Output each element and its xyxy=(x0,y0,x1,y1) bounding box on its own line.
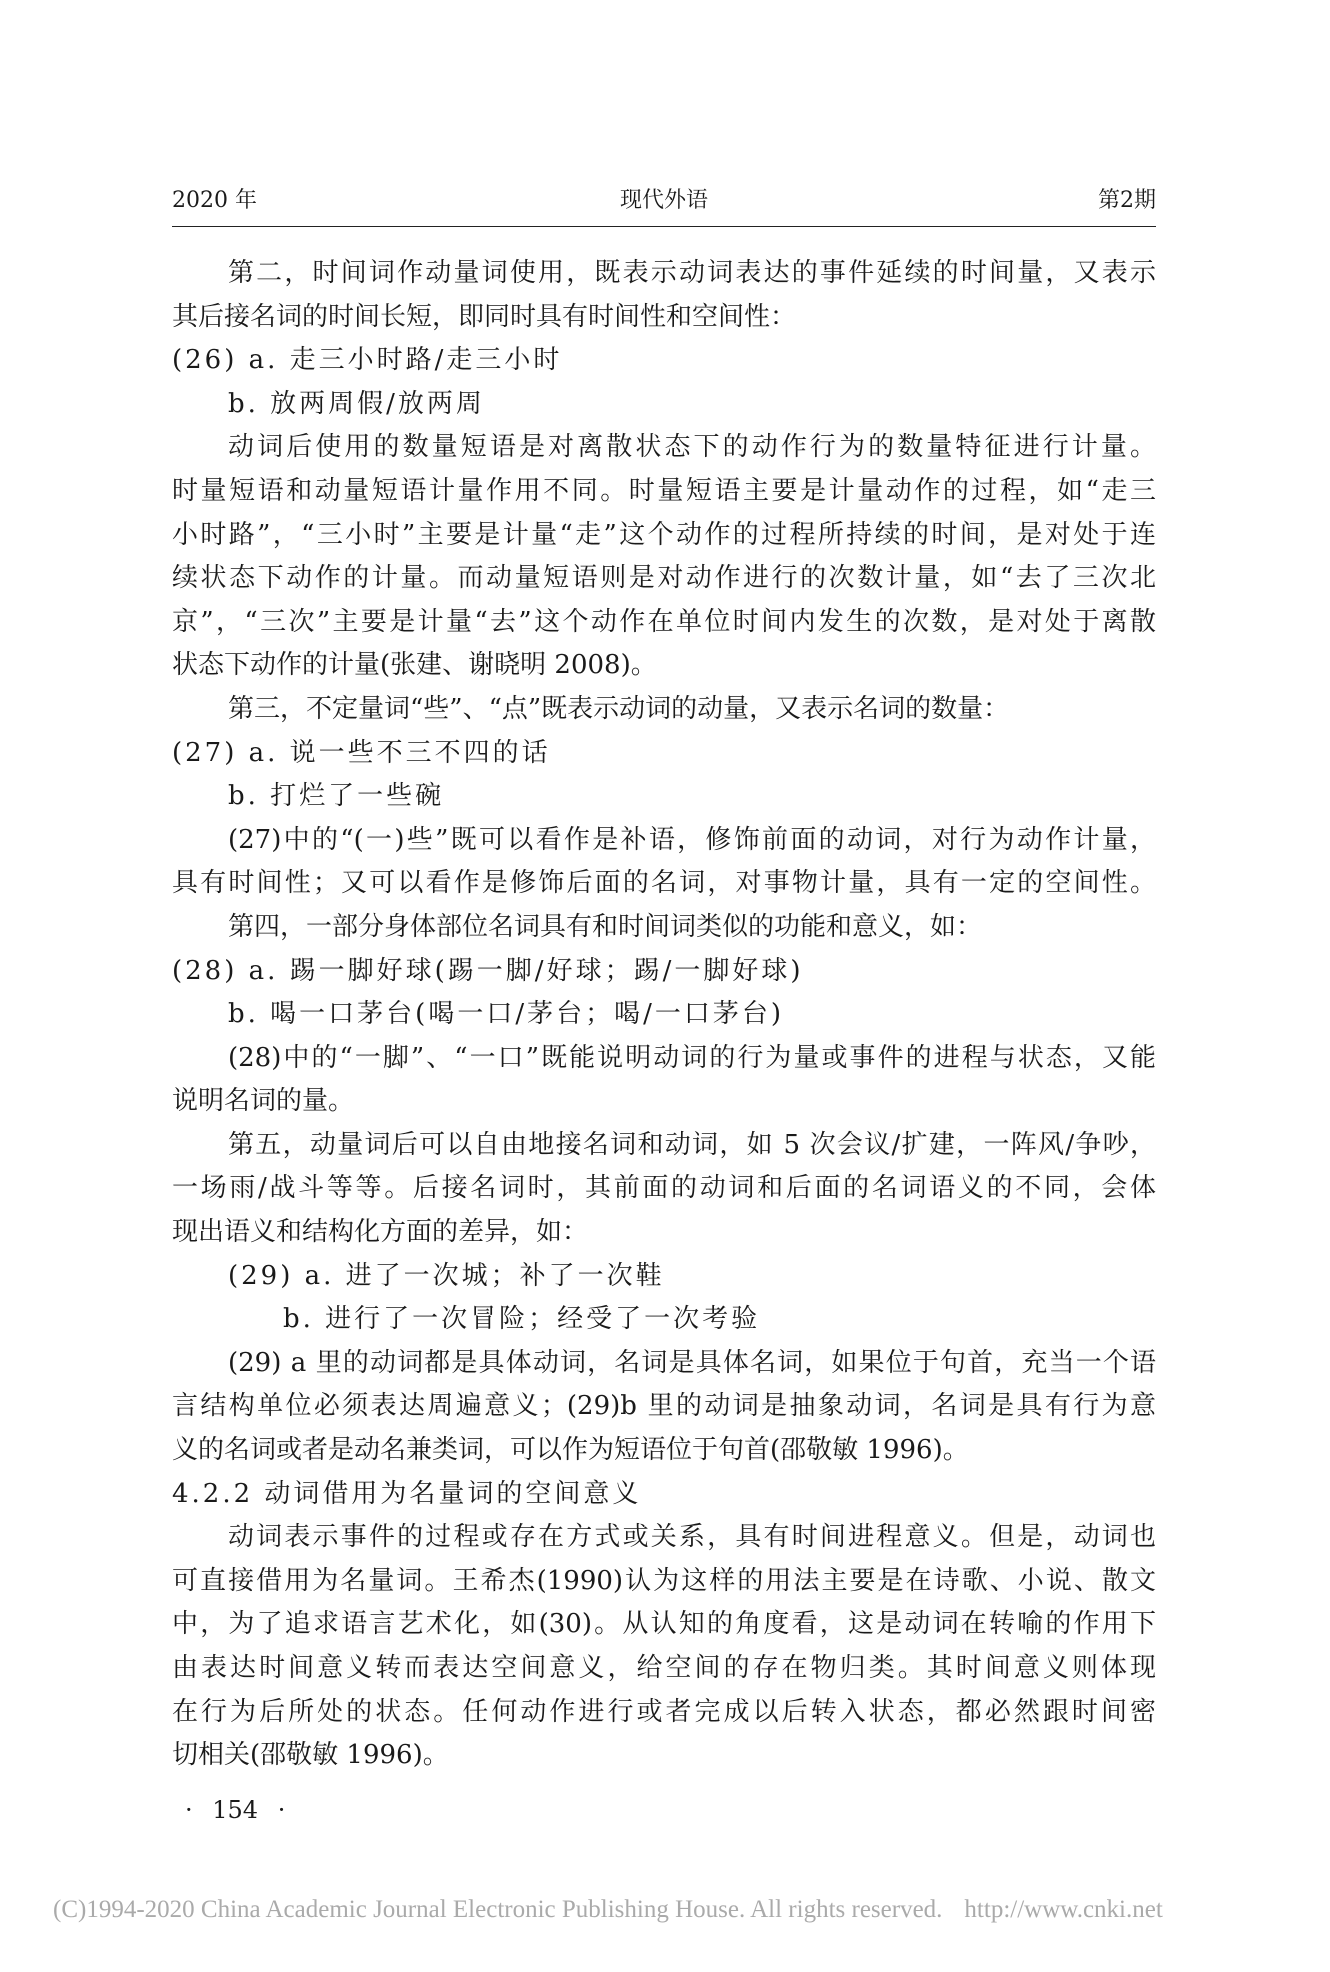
text-line: 小时路”，“三小时”主要是计量“走”这个动作的过程所持续的时间，是对处于连 xyxy=(172,514,1156,558)
text-line: 言结构单位必须表达周遍意义；(29)b 里的动词是抽象动词，名词是具有行为意 xyxy=(172,1385,1156,1429)
section-heading: 4.2.2 动词借用为名量词的空间意义 xyxy=(172,1473,1156,1517)
header-rule xyxy=(172,226,1156,227)
copyright-text: (C)1994-2020 China Academic Journal Elec… xyxy=(53,1896,942,1923)
text-line: 续状态下动作的计量。而动量短语则是对动作进行的次数计量，如“去了三次北 xyxy=(172,557,1156,601)
text-line: 时量短语和动量短语计量作用不同。时量短语主要是计量动作的过程，如“走三 xyxy=(172,470,1156,514)
example-line: b. 放两周假/放两周 xyxy=(172,383,1156,427)
text-line: 现出语义和结构化方面的差异，如： xyxy=(172,1211,1156,1255)
example-line: b. 打烂了一些碗 xyxy=(172,775,1156,819)
text-line: 说明名词的量。 xyxy=(172,1080,1156,1124)
example-line: b. 喝一口茅台(喝一口/茅台；喝/一口茅台) xyxy=(172,993,1156,1037)
text-line: 动词后使用的数量短语是对离散状态下的动作行为的数量特征进行计量。 xyxy=(172,426,1156,470)
text-line: 切相关(邵敬敏 1996)。 xyxy=(172,1734,1156,1778)
footer-url-link[interactable]: http://www.cnki.net xyxy=(964,1896,1162,1923)
text-line: 中，为了追求语言艺术化，如(30)。从认知的角度看，这是动词在转喻的作用下 xyxy=(172,1603,1156,1647)
header-issue: 第2期 xyxy=(1098,186,1156,216)
text-line: 状态下动作的计量(张建、谢晓明 2008)。 xyxy=(172,644,1156,688)
text-line: 义的名词或者是动名兼类词，可以作为短语位于句首(邵敬敏 1996)。 xyxy=(172,1429,1156,1473)
copyright-footer: (C)1994-2020 China Academic Journal Elec… xyxy=(53,1893,1323,1927)
example-line: (26) a. 走三小时路/走三小时 xyxy=(172,339,1156,383)
text-line: (27)中的“(一)些”既可以看作是补语，修饰前面的动词，对行为动作计量， xyxy=(172,819,1156,863)
example-line: (29) a. 进了一次城；补了一次鞋 xyxy=(172,1255,1156,1299)
article-body: 第二，时间词作动量词使用，既表示动词表达的事件延续的时间量，又表示其后接名词的时… xyxy=(172,252,1156,1778)
text-line: 第五，动量词后可以自由地接名词和动词，如 5 次会议/扩建，一阵风/争吵， xyxy=(172,1124,1156,1168)
text-line: 具有时间性；又可以看作是修饰后面的名词，对事物计量，具有一定的空间性。 xyxy=(172,862,1156,906)
header-journal-title: 现代外语 xyxy=(172,186,1156,216)
text-line: 第三，不定量词“些”、“点”既表示动词的动量，又表示名词的数量： xyxy=(172,688,1156,732)
text-line: 一场雨/战斗等等。后接名词时，其前面的动词和后面的名词语义的不同，会体 xyxy=(172,1167,1156,1211)
text-line: 可直接借用为名量词。王希杰(1990)认为这样的用法主要是在诗歌、小说、散文 xyxy=(172,1560,1156,1604)
text-line: 在行为后所处的状态。任何动作进行或者完成以后转入状态，都必然跟时间密 xyxy=(172,1691,1156,1735)
example-line: (28) a. 踢一脚好球(踢一脚/好球；踢/一脚好球) xyxy=(172,950,1156,994)
example-line: b. 进行了一次冒险；经受了一次考验 xyxy=(172,1298,1156,1342)
example-line: (27) a. 说一些不三不四的话 xyxy=(172,732,1156,776)
text-line: (29) a 里的动词都是具体动词，名词是具体名词，如果位于句首，充当一个语 xyxy=(172,1342,1156,1386)
text-line: 第四，一部分身体部位名词具有和时间词类似的功能和意义，如： xyxy=(172,906,1156,950)
text-line: 动词表示事件的过程或存在方式或关系，具有时间进程意义。但是，动词也 xyxy=(172,1516,1156,1560)
text-line: 其后接名词的时间长短，即同时具有时间性和空间性： xyxy=(172,296,1156,340)
page-number: · 154 · xyxy=(185,1795,285,1825)
text-line: 第二，时间词作动量词使用，既表示动词表达的事件延续的时间量，又表示 xyxy=(172,252,1156,296)
running-header: 2020 年 现代外语 第2期 xyxy=(172,186,1156,216)
text-line: (28)中的“一脚”、“一口”既能说明动词的行为量或事件的进程与状态，又能 xyxy=(172,1037,1156,1081)
text-line: 由表达时间意义转而表达空间意义，给空间的存在物归类。其时间意义则体现 xyxy=(172,1647,1156,1691)
text-line: 京”，“三次”主要是计量“去”这个动作在单位时间内发生的次数，是对处于离散 xyxy=(172,601,1156,645)
